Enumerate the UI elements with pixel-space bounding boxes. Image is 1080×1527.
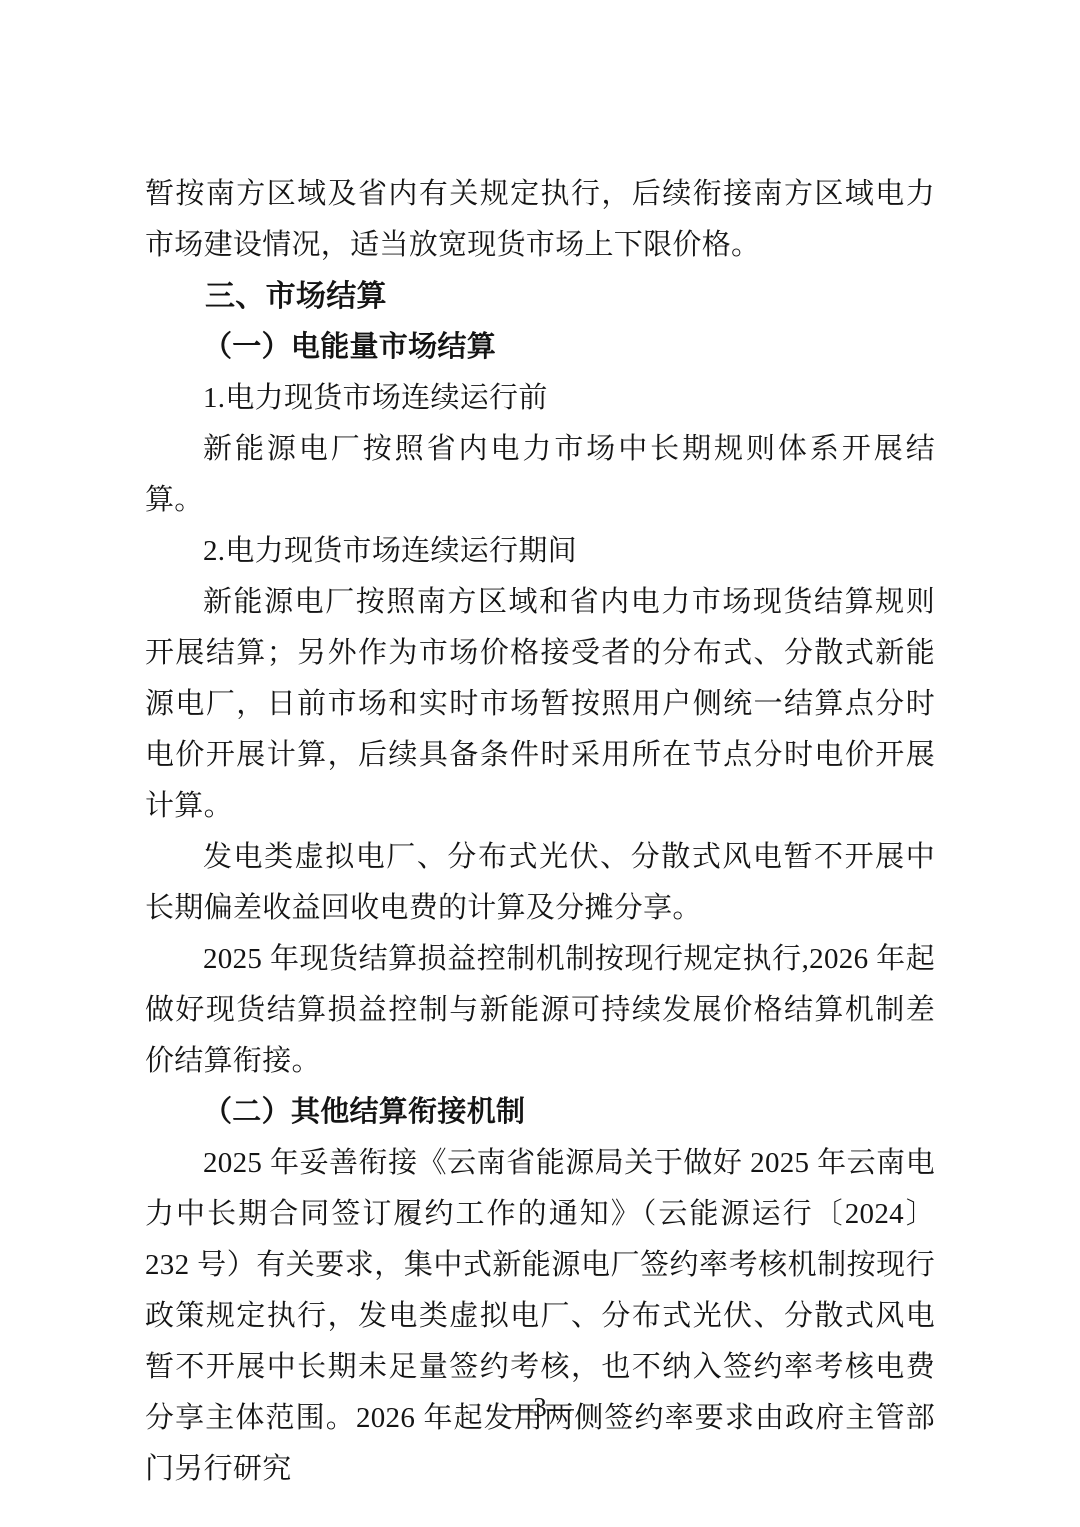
section-heading-market-settlement: 三、市场结算 [145,271,935,322]
document-page: 暂按南方区域及省内有关规定执行，后续衔接南方区域电力市场建设情况，适当放宽现货市… [0,0,1080,1527]
document-body: 暂按南方区域及省内有关规定执行，后续衔接南方区域电力市场建设情况，适当放宽现货市… [145,169,935,1495]
subsection-heading-energy-market-settlement: （一）电能量市场结算 [145,322,935,373]
paragraph: 新能源电厂按照南方区域和省内电力市场现货结算规则开展结算；另外作为市场价格接受者… [145,577,935,832]
numbered-heading-before-continuous-operation: 1.电力现货市场连续运行前 [145,373,935,424]
paragraph: 2025 年现货结算损益控制机制按现行规定执行,2026 年起做好现货结算损益控… [145,934,935,1087]
subsection-heading-other-settlement-mechanism: （二）其他结算衔接机制 [145,1087,935,1138]
page-number: —3— [0,1392,1080,1422]
paragraph-continued: 暂按南方区域及省内有关规定执行，后续衔接南方区域电力市场建设情况，适当放宽现货市… [145,169,935,271]
paragraph: 2025 年妥善衔接《云南省能源局关于做好 2025 年云南电力中长期合同签订履… [145,1138,935,1495]
paragraph: 发电类虚拟电厂、分布式光伏、分散式风电暂不开展中长期偏差收益回收电费的计算及分摊… [145,832,935,934]
numbered-heading-during-continuous-operation: 2.电力现货市场连续运行期间 [145,526,935,577]
paragraph: 新能源电厂按照省内电力市场中长期规则体系开展结算。 [145,424,935,526]
